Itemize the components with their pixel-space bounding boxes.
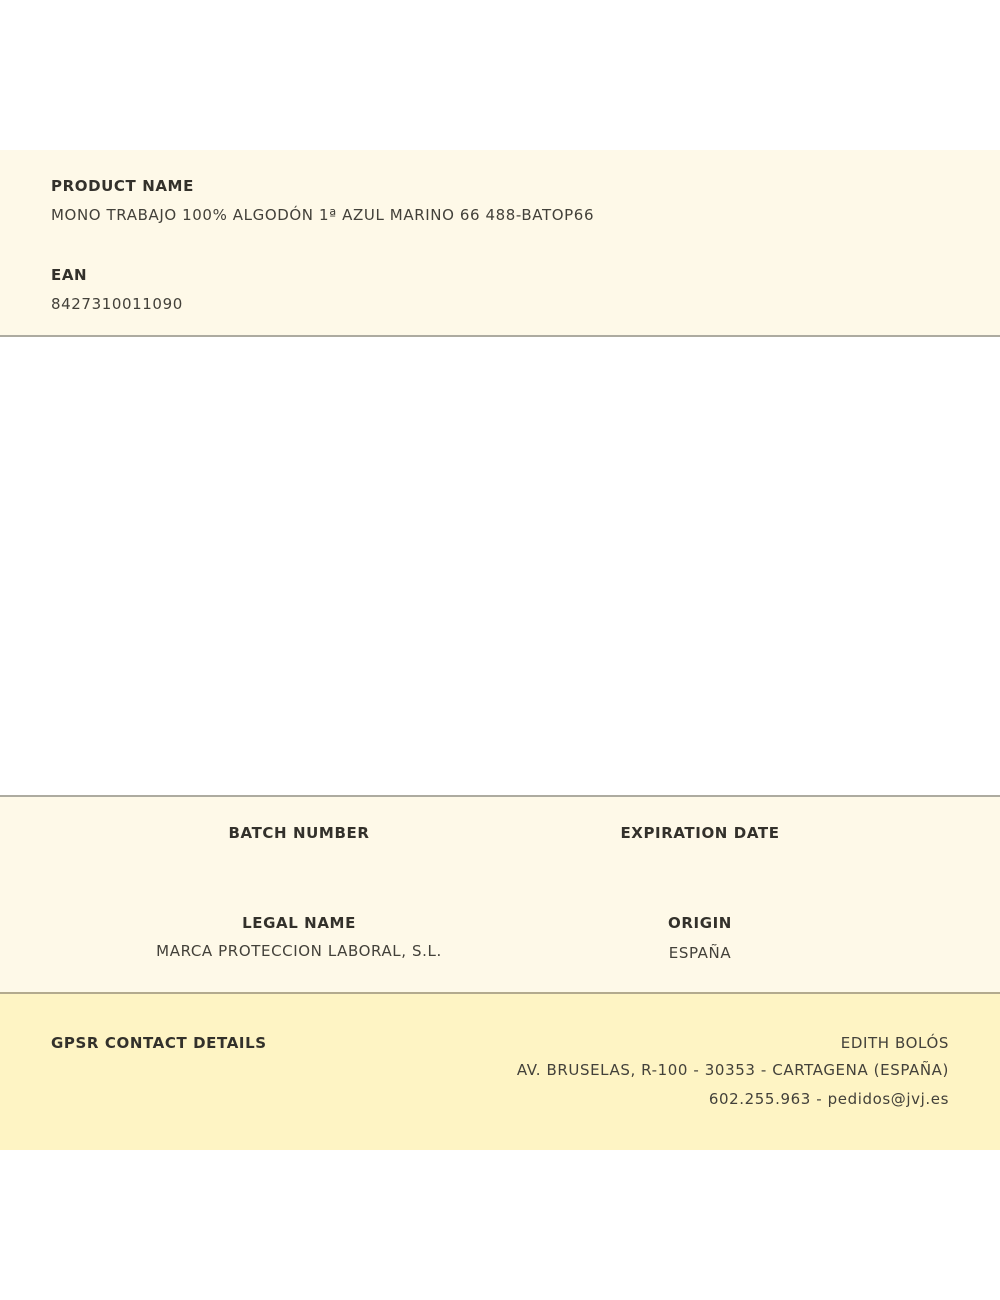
origin-value: ESPAÑA bbox=[669, 944, 731, 962]
gpsr-contact-section: GPSR CONTACT DETAILS EDITH BOLÓS AV. BRU… bbox=[0, 994, 1000, 1150]
legal-name-label: LEGAL NAME bbox=[242, 914, 356, 932]
product-name-label: PRODUCT NAME bbox=[51, 177, 194, 195]
origin-label: ORIGIN bbox=[668, 914, 732, 932]
gpsr-contact-label: GPSR CONTACT DETAILS bbox=[51, 1034, 267, 1052]
expiration-date-label: EXPIRATION DATE bbox=[620, 824, 779, 842]
ean-label: EAN bbox=[51, 266, 87, 284]
contact-phone-email: 602.255.963 - pedidos@jvj.es bbox=[709, 1090, 949, 1108]
product-details-section: BATCH NUMBER EXPIRATION DATE LEGAL NAME … bbox=[0, 795, 1000, 994]
contact-name: EDITH BOLÓS bbox=[841, 1034, 949, 1052]
legal-name-value: MARCA PROTECCION LABORAL, S.L. bbox=[156, 942, 442, 960]
product-name-value: MONO TRABAJO 100% ALGODÓN 1ª AZUL MARINO… bbox=[51, 206, 594, 224]
batch-number-label: BATCH NUMBER bbox=[229, 824, 370, 842]
product-info-section: PRODUCT NAME MONO TRABAJO 100% ALGODÓN 1… bbox=[0, 150, 1000, 337]
contact-address: AV. BRUSELAS, R-100 - 30353 - CARTAGENA … bbox=[517, 1061, 949, 1079]
ean-value: 8427310011090 bbox=[51, 295, 183, 313]
